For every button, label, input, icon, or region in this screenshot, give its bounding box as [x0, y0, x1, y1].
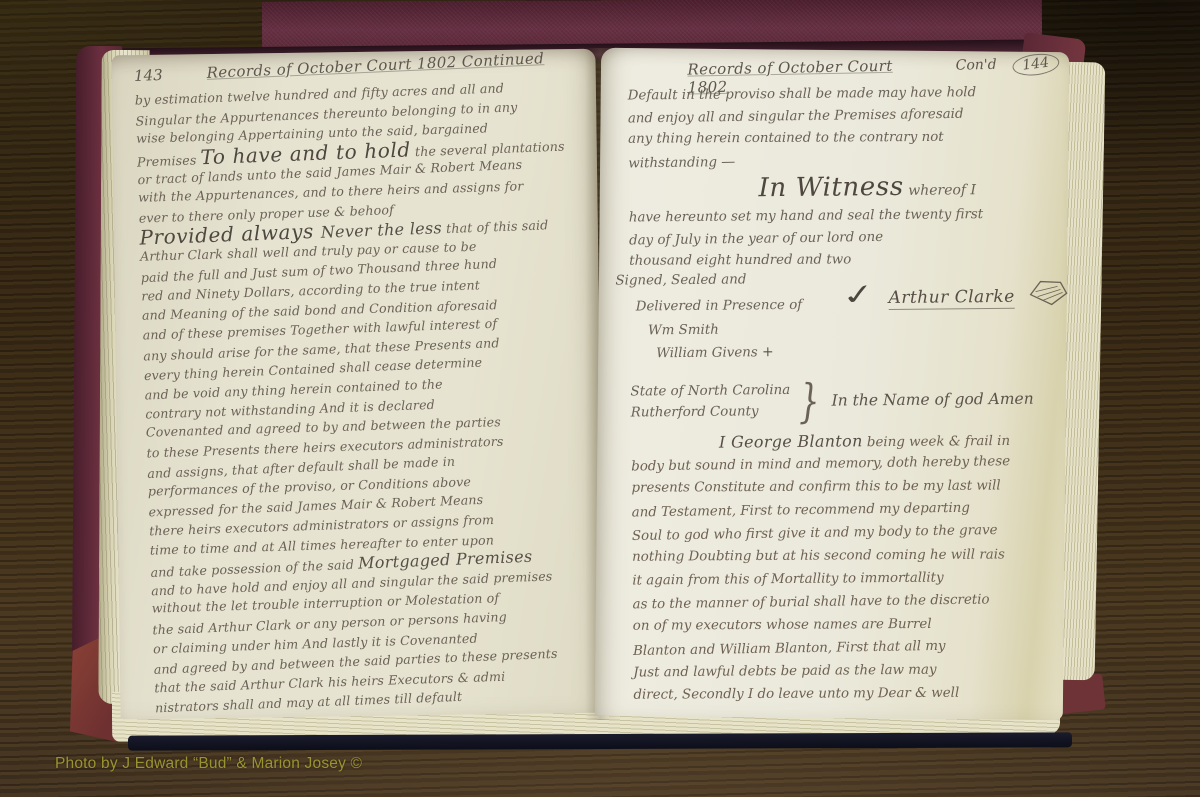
left-page-number: 143	[134, 66, 163, 85]
right-page: Records of October Court 1802 Con'd 144 …	[595, 48, 1069, 720]
right-page-will-body: I George Blanton being week & frail inbo…	[631, 427, 1066, 707]
left-page: 143 Records of October Court 1802 Contin…	[111, 49, 604, 720]
right-page-header-row: Records of October Court 1802 Con'd 144	[687, 54, 1059, 85]
photo-credit: Photo by J Edward “Bud” & Marion Josey ©	[55, 755, 362, 773]
right-page-header: Records of October Court 1802	[687, 56, 914, 96]
jurat-county: Rutherford County	[631, 401, 791, 424]
left-page-header: Records of October Court 1802 Continued	[206, 49, 544, 82]
signature-row: ✓ Arthur Clarke	[847, 277, 1070, 310]
signed-sealed-line: Signed, Sealed and	[615, 272, 746, 288]
arthur-clarke-signature: Arthur Clarke	[888, 287, 1014, 310]
jurat-invocation: In the Name of god Amen	[831, 390, 1033, 410]
handwriting-line: nothing Doubting but at his second comin…	[632, 543, 1064, 569]
witness-name-2: William Givens +	[656, 344, 774, 361]
seal-icon	[1028, 277, 1070, 307]
witness-2-name: William Givens	[656, 345, 758, 361]
jurat-state: State of North Carolina	[630, 380, 790, 403]
witness-name-1: Wm Smith	[648, 323, 719, 339]
left-page-body: by estimation twelve hundred and fifty a…	[135, 76, 612, 718]
witness-2-mark: +	[762, 344, 774, 360]
witness-clause-row: In Witness whereof I	[758, 169, 1060, 206]
jurat-brace: }	[798, 374, 819, 428]
right-page-witness-body: have hereunto set my hand and seal the t…	[629, 203, 1062, 273]
jurat-block: State of North Carolina Rutherford Count…	[630, 369, 1063, 431]
signature-block: Signed, Sealed and Delivered in Presence…	[629, 269, 1062, 373]
jurat-venue: State of North Carolina Rutherford Count…	[630, 380, 790, 424]
in-witness-heading: In Witness	[758, 172, 903, 203]
witness-rest: whereof I	[904, 182, 976, 199]
right-page-header-note: Con'd	[956, 57, 997, 74]
handwriting-line: direct, Secondly I do leave unto my Dear…	[633, 681, 1065, 707]
delivered-line: Delivered in Presence of	[636, 298, 803, 315]
right-page-number: 144	[1012, 51, 1061, 78]
check-flourish-icon: ✓	[840, 278, 878, 313]
